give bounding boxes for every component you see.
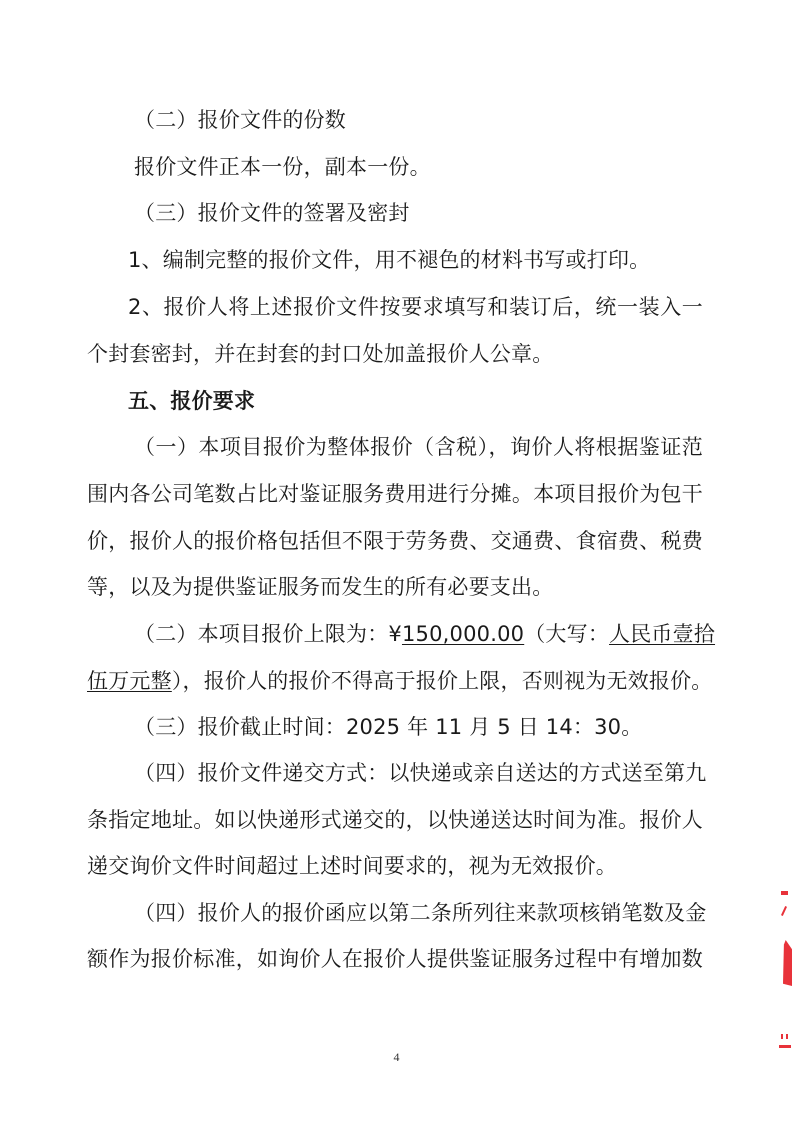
subsection-copies-heading: （二）报价文件的份数: [134, 106, 703, 134]
subsection-signing-heading: （三）报价文件的签署及密封: [134, 199, 703, 227]
delivery-line-3: 递交询价文件时间超过上述时间要求的，视为无效报价。: [87, 852, 703, 880]
price-cap-mid: （大写：: [524, 622, 609, 646]
requirement-1-line-4: 等，以及为提供鉴证服务而发生的所有必要支出。: [87, 573, 703, 601]
price-cap-prefix: （二）本项目报价上限为：¥: [134, 622, 402, 646]
price-cap-words-2: 伍万元整: [87, 669, 172, 693]
quote-letter-line-2: 额作为报价标准，如询价人在报价人提供鉴证服务过程中有增加数: [87, 945, 703, 973]
delivery-line-2: 条指定地址。如以快递形式递交的，以快递送达时间为准。报价人: [87, 806, 703, 834]
copies-text: 报价文件正本一份，副本一份。: [134, 153, 703, 181]
price-cap-line-2: 伍万元整），报价人的报价不得高于报价上限，否则视为无效报价。: [87, 667, 703, 695]
signing-item-1: 1、编制完整的报价文件，用不褪色的材料书写或打印。: [128, 246, 697, 274]
page-number: 4: [0, 1050, 793, 1065]
price-cap-amount: 150,000.00: [402, 622, 524, 646]
price-cap-suffix: ），报价人的报价不得高于报价上限，否则视为无效报价。: [172, 669, 713, 693]
quote-letter-line-1: （四）报价人的报价函应以第二条所列往来款项核销笔数及金: [134, 899, 703, 927]
deadline-text: （三）报价截止时间：2025 年 11 月 5 日 14：30。: [134, 713, 703, 741]
signing-item-2-line-1: 2、报价人将上述报价文件按要求填写和装订后，统一装入一: [128, 293, 703, 321]
requirement-1-line-3: 价，报价人的报价格包括但不限于劳务费、交通费、食宿费、税费: [87, 527, 703, 555]
requirement-1-line-1: （一）本项目报价为整体报价（含税），询价人将根据鉴证范: [134, 433, 703, 461]
section-5-heading: 五、报价要求: [128, 387, 697, 415]
price-cap-line-1: （二）本项目报价上限为：¥150,000.00（大写：人民币壹拾: [134, 620, 703, 648]
signing-item-2-line-2: 个封套密封，并在封套的封口处加盖报价人公章。: [87, 340, 703, 368]
price-cap-words-1: 人民币壹拾: [609, 622, 715, 646]
requirement-1-line-2: 围内各公司笔数占比对鉴证服务费用进行分摊。本项目报价为包干: [87, 480, 703, 508]
document-page: （二）报价文件的份数 报价文件正本一份，副本一份。 （三）报价文件的签署及密封 …: [0, 0, 793, 1121]
delivery-line-1: （四）报价文件递交方式：以快递或亲自送达的方式送至第九: [134, 759, 703, 787]
